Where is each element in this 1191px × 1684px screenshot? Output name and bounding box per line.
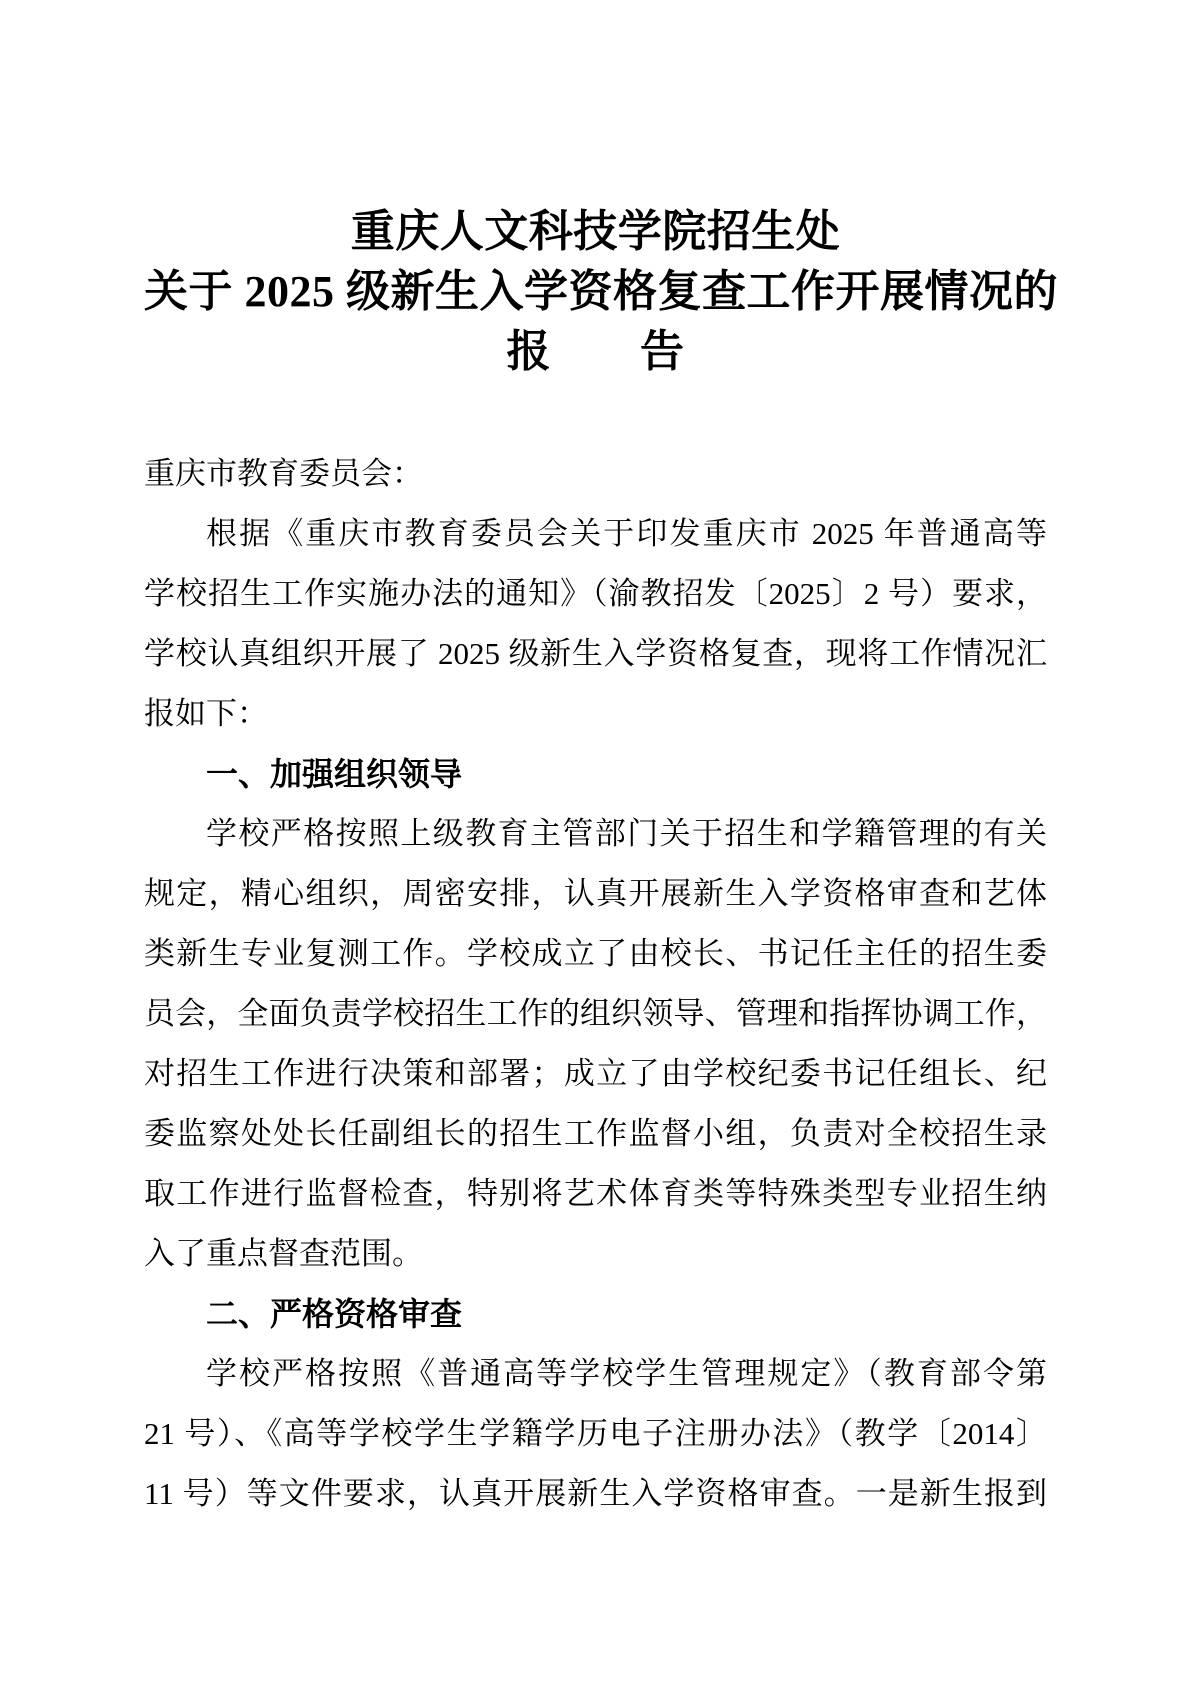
body-line: 学校认真组织开展了 2025 级新生入学资格复查，现将工作情况汇 (144, 624, 1047, 684)
document-body: 重庆市教育委员会： 根据《重庆市教育委员会关于印发重庆市 2025 年普通高等 … (144, 444, 1047, 1524)
body-line: 学校招生工作实施办法的通知》（渝教招发〔2025〕2 号）要求， (144, 564, 1047, 624)
body-line: 规定，精心组织，周密安排，认真开展新生入学资格审查和艺体 (144, 864, 1047, 924)
body-line: 根据《重庆市教育委员会关于印发重庆市 2025 年普通高等 (144, 504, 1047, 564)
body-line: 报如下： (144, 684, 1047, 744)
document-content: 重庆人文科技学院招生处 关于 2025 级新生入学资格复查工作开展情况的 报 告… (0, 202, 1191, 1524)
body-line: 类新生专业复测工作。学校成立了由校长、书记任主任的招生委 (144, 924, 1047, 984)
body-line: 21 号）、《高等学校学生学籍学历电子注册办法》（教学〔2014〕 (144, 1404, 1047, 1464)
body-line: 对招生工作进行决策和部署；成立了由学校纪委书记任组长、纪 (144, 1044, 1047, 1104)
section-heading-1: 一、加强组织领导 (144, 744, 1047, 804)
body-line: 取工作进行监督检查，特别将艺术体育类等特殊类型专业招生纳 (144, 1164, 1047, 1224)
section-heading-2: 二、严格资格审查 (144, 1284, 1047, 1344)
body-line: 员会，全面负责学校招生工作的组织领导、管理和指挥协调工作， (144, 984, 1047, 1044)
body-line: 学校严格按照《普通高等学校学生管理规定》（教育部令第 (144, 1344, 1047, 1404)
document-page: 重庆人文科技学院招生处 关于 2025 级新生入学资格复查工作开展情况的 报 告… (0, 0, 1191, 1684)
title-line-3: 报 告 (144, 322, 1047, 382)
document-title: 重庆人文科技学院招生处 关于 2025 级新生入学资格复查工作开展情况的 报 告 (144, 202, 1047, 382)
body-line: 11 号）等文件要求，认真开展新生入学资格审查。一是新生报到 (144, 1464, 1047, 1524)
body-line: 委监察处处长任副组长的招生工作监督小组，负责对全校招生录 (144, 1104, 1047, 1164)
title-line-1: 重庆人文科技学院招生处 (144, 202, 1047, 262)
title-line-2: 关于 2025 级新生入学资格复查工作开展情况的 (144, 262, 1047, 322)
body-line: 入了重点督查范围。 (144, 1224, 1047, 1284)
salutation-line: 重庆市教育委员会： (144, 444, 1047, 504)
body-line: 学校严格按照上级教育主管部门关于招生和学籍管理的有关 (144, 804, 1047, 864)
